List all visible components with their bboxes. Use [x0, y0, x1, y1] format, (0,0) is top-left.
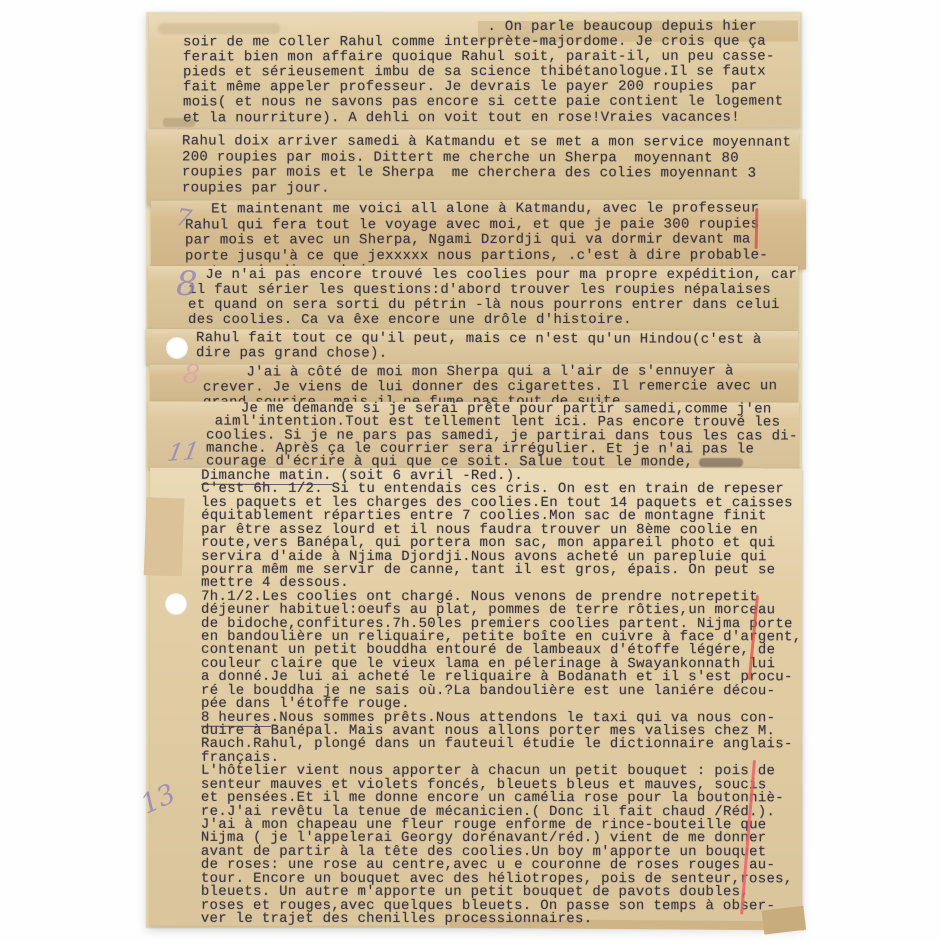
typed-line: et la nourriture). A dehli on voit tout … — [183, 110, 783, 126]
typed-line: Je n'ai pas encore trouvé les coolies po… — [188, 268, 797, 283]
hole-punch-bottom — [165, 593, 187, 615]
paper-strip-2: Rahul doix arriver samedi à Katmandu et … — [147, 129, 799, 206]
typed-line: Rauch.Rahul, plongé dans un fauteuil étu… — [201, 738, 801, 752]
margin-number-8-pink: 8 — [181, 359, 201, 391]
scanned-letter-page: . On parle beaucoup depuis hiersoir de m… — [0, 0, 940, 940]
typed-line: ver le trajet des chenilles processionna… — [201, 913, 801, 927]
torn-edge-flap — [144, 497, 185, 576]
paper-strip-5: Rahul fait tout ce qu'il peut, mais ce n… — [146, 329, 798, 367]
paper-strip-3: Et maintenant me voici all alone à Katma… — [151, 199, 806, 270]
cut-text-fragment — [163, 118, 195, 127]
margin-number-11: 11 — [165, 437, 201, 467]
typed-line: il faut sérier les questions:d'abord tro… — [188, 283, 797, 298]
hole-punch-top — [166, 337, 188, 359]
typed-line: mois( et nous ne savons pas encore si ce… — [183, 95, 783, 111]
typed-line: crever. Je viens de lui donner des cigar… — [203, 379, 777, 395]
typed-line: roupies par jour. — [182, 181, 791, 198]
typed-block-8: Dimanche matin. (soit 6 avril -Red.).C'e… — [201, 470, 802, 927]
paper-strip-8: Dimanche matin. (soit 6 avril -Red.).C'e… — [150, 468, 802, 926]
margin-number-8: 8 — [176, 264, 198, 304]
typed-block-5: Rahul fait tout ce qu'il peut, mais ce n… — [196, 331, 762, 363]
typed-block-4: Je n'ai pas encore trouvé les coolies po… — [188, 268, 797, 328]
faded-pencil-mark — [158, 23, 280, 34]
typed-line: dire pas grand chose). — [196, 346, 762, 363]
typed-block-1: . On parle beaucoup depuis hiersoir de m… — [183, 20, 784, 126]
typed-block-2: Rahul doix arriver samedi à Katmandu et … — [182, 134, 791, 197]
typed-line: Et maintenant me voici all alone à Katma… — [185, 201, 768, 218]
typed-line: des coolies. Ca va êxe encore une drôle … — [188, 313, 797, 328]
ink-smudge — [699, 458, 743, 467]
paper-strip-4: Je n'ai pas encore trouvé les coolies po… — [148, 266, 798, 332]
